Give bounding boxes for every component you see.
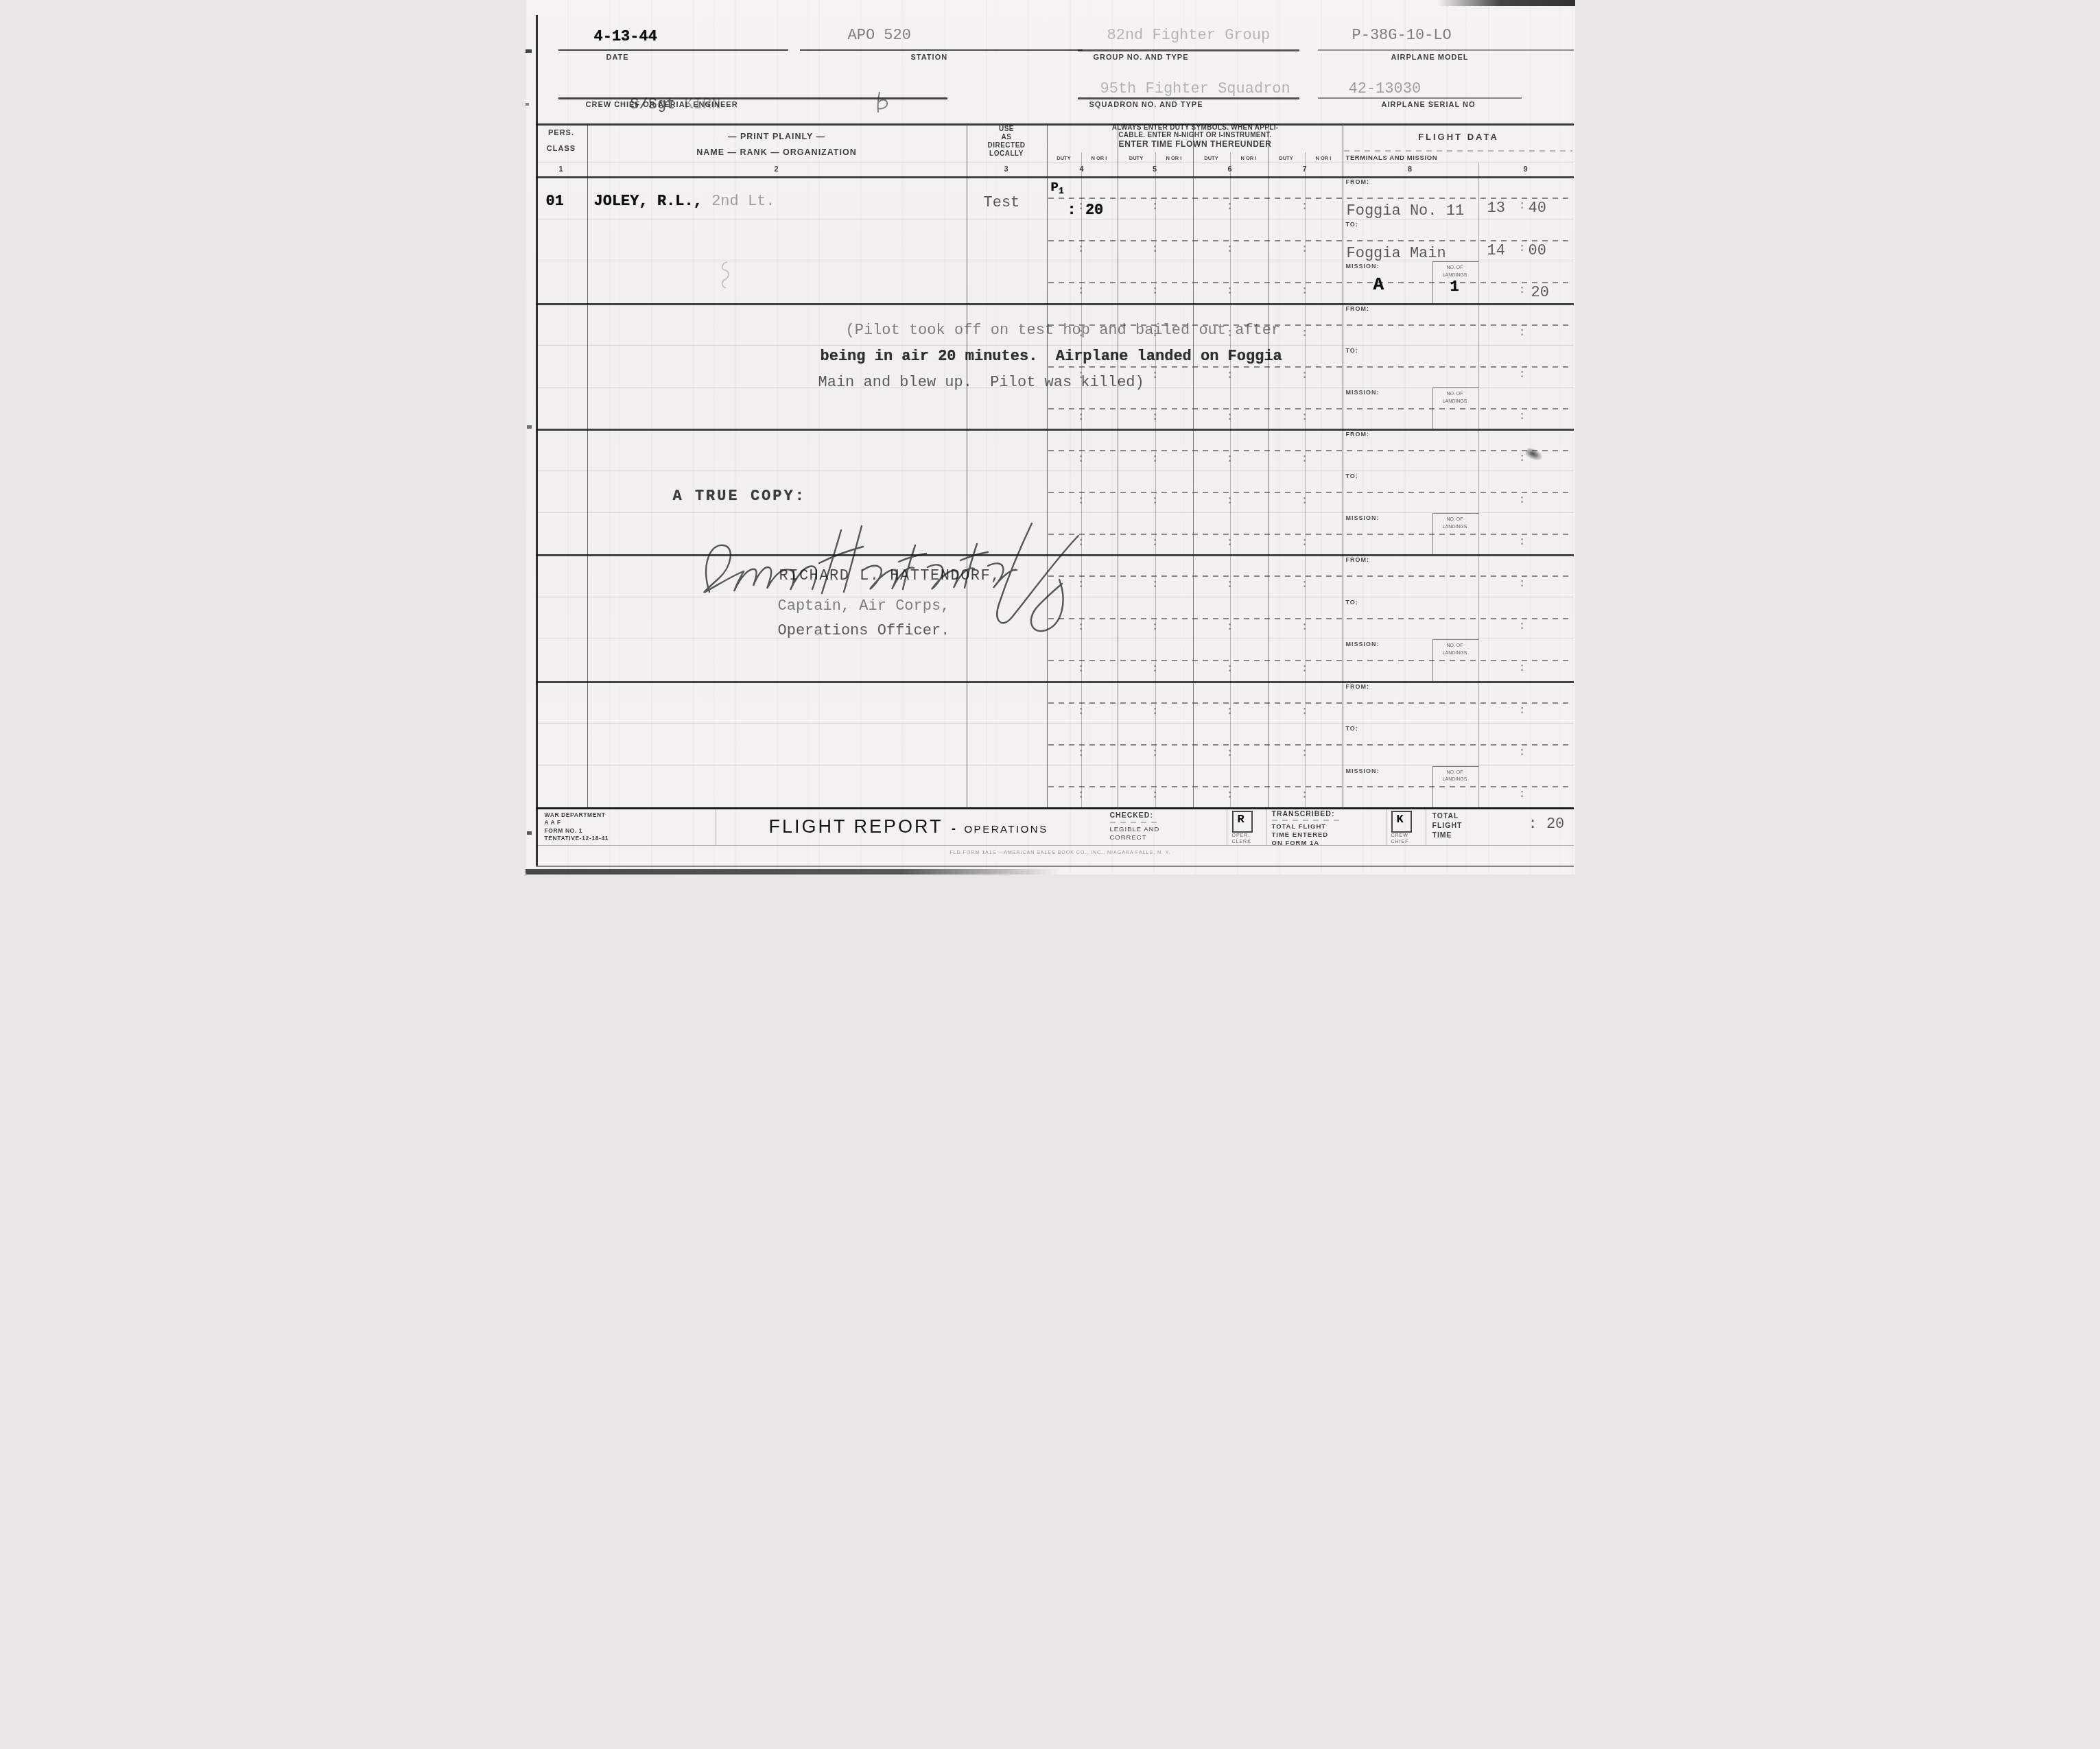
duty-colon-b1-s1-c2: : [1227, 369, 1234, 382]
duty-colon-b2-s1-c2: : [1227, 495, 1234, 508]
signer-name: RICHARD L. HATTENDORF, [779, 568, 1001, 584]
col-number-9: 9 [1478, 165, 1574, 174]
col-number-2: 2 [587, 165, 967, 174]
to-label-0: TO: [1346, 221, 1358, 228]
duty-colon-b4-s1-c2: : [1227, 747, 1234, 760]
scan-mark-left-2 [526, 103, 529, 106]
signer-rank: Captain, Air Corps, [778, 598, 950, 614]
duty-colon-b0-s1-c0: : [1078, 243, 1085, 256]
col-number-3: 3 [967, 165, 1047, 174]
block-0-dash-0 [1048, 198, 1572, 199]
col-rule-1 [967, 123, 968, 807]
block-3-subline-2 [536, 639, 1574, 639]
time-colon-b4-s1: : [1519, 746, 1526, 759]
station-label: STATION [911, 53, 948, 62]
duty-colon-b4-s0-c3: : [1301, 705, 1308, 718]
block-4-subline-2 [536, 765, 1574, 766]
block-4-subline-1 [536, 723, 1574, 724]
time-colon-b0-s1: : [1519, 242, 1526, 255]
station-value: APO 520 [848, 27, 911, 43]
form-id: WAR DEPARTMENT A A F FORM NO. 1 TENTATIV… [545, 811, 609, 843]
group-label: GROUP NO. AND TYPE [1094, 53, 1189, 62]
n-or-i-subheader-3: N OR I [1305, 155, 1343, 161]
block-0-dash-1 [1048, 240, 1572, 241]
duty-colon-b0-s2-c0: : [1078, 285, 1085, 298]
to-mm-0: 00 [1529, 242, 1546, 259]
duty-subheader-0: DUTY [1047, 155, 1081, 161]
col-rule-2 [1047, 123, 1048, 807]
to-label-4: TO: [1346, 725, 1358, 732]
time-colon-b1-s2: : [1519, 410, 1526, 423]
to-place-0: Foggia Main [1347, 245, 1446, 262]
duty-colon-b3-s2-c2: : [1227, 663, 1234, 676]
crew-chief-label: CREW CHIEF [1391, 833, 1409, 845]
checked-sub: LEGIBLE AND CORRECT [1110, 826, 1160, 843]
duty-colon-b0-s0-c2: : [1227, 200, 1234, 213]
duty-colon-b0-s2-c3: : [1301, 285, 1308, 298]
time-colon-b0-s0: : [1519, 200, 1526, 213]
duty-colon-b1-s2-c2: : [1227, 411, 1234, 424]
landings-label-3: NO. OF LANDINGS [1432, 643, 1478, 657]
block-3-dash-0 [1048, 575, 1572, 577]
from-label-4: FROM: [1346, 683, 1370, 690]
duty-colon-b4-s2-c0: : [1078, 789, 1085, 802]
note-line-3: Main and blew up. Pilot was killed) [818, 374, 1144, 390]
duty-subheader-3: DUTY [1268, 155, 1305, 161]
footer-title-sub: OPERATIONS [964, 824, 1048, 835]
duty-col-rule-1 [1193, 123, 1194, 807]
scan-mark-left-1 [526, 49, 532, 53]
scan-edge-top-right [1438, 0, 1575, 6]
block-4-bottom-rule [536, 807, 1574, 809]
scan-edge-bottom [526, 869, 1061, 874]
checked-underline [1110, 822, 1159, 823]
use-value-0: Test [984, 194, 1020, 211]
pencil-squiggle [716, 259, 734, 291]
landings-label-4: NO. OF LANDINGS [1432, 770, 1478, 784]
true-copy-label: A TRUE COPY: [673, 488, 806, 504]
transcribed-sub: TOTAL FLIGHT TIME ENTERED ON FORM 1A [1272, 823, 1329, 848]
duty-colon-b0-s2-c2: : [1227, 285, 1234, 298]
block-2-subline-1 [536, 471, 1574, 471]
duty-subheader-1: DUTY [1118, 155, 1155, 161]
n-or-i-subheader-2: N OR I [1230, 155, 1268, 161]
to-label-2: TO: [1346, 473, 1358, 479]
duty-colon-b4-s0-c1: : [1152, 705, 1159, 718]
duty-note-3: ENTER TIME FLOWN THEREUNDER [1048, 139, 1343, 149]
block-4-dash-2 [1048, 786, 1572, 787]
name-value-0: JOLEY, R.L., 2nd Lt. [594, 193, 775, 210]
airplane-model-label: AIRPLANE MODEL [1391, 53, 1469, 62]
duty-symbol-sub-0: 1 [1059, 186, 1064, 196]
duty-colon-b1-s2-c0: : [1078, 411, 1085, 424]
transcribed-underline [1272, 820, 1344, 821]
from-label-0: FROM: [1346, 178, 1370, 185]
duty-colon-b2-s0-c2: : [1227, 453, 1234, 466]
airplane-serial-label: AIRPLANE SERIAL NO [1382, 101, 1476, 109]
duty-colon-b3-s1-c2: : [1227, 621, 1234, 634]
flight-data-title: FLIGHT DATA [1343, 132, 1575, 142]
name-primary-0: JOLEY, R.L., [594, 193, 703, 210]
date-label: DATE [606, 53, 629, 62]
duty-colon-b0-s1-c3: : [1301, 243, 1308, 256]
from-hh-0: 13 [1487, 200, 1505, 217]
col9-rule [1478, 163, 1479, 807]
footer-title-main: FLIGHT REPORT [769, 816, 943, 837]
note-line-2: being in air 20 minutes. Airplane landed… [821, 348, 1282, 364]
duty-colon-b2-s2-c3: : [1301, 536, 1308, 549]
duty-colon-b3-s1-c3: : [1301, 621, 1308, 634]
printer-line: FLD FORM 1A1S —AMERICAN SALES BOOK CO., … [800, 850, 1321, 855]
checked-label: CHECKED: [1110, 811, 1153, 820]
block-3-dash-1 [1048, 618, 1572, 619]
block-2-dash-2 [1048, 534, 1572, 535]
duty-colon-b1-s1-c1: : [1152, 369, 1159, 382]
block-1-dash-1 [1048, 366, 1572, 368]
flight-report-scan: 4-13-44 DATE APO 520 STATION 82nd Fighte… [526, 0, 1575, 874]
squadron-value: 95th Fighter Squadron [1100, 81, 1290, 97]
crew-chief-initial: K [1391, 813, 1409, 826]
duty-colon-b4-s2-c3: : [1301, 789, 1308, 802]
duty-col-rule-0 [1118, 123, 1119, 807]
duty-colon-b1-s0-c3: : [1301, 327, 1308, 340]
pers-class-value-0: 01 [546, 193, 564, 210]
total-flight-time-label: TOTAL FLIGHT TIME [1432, 811, 1463, 841]
col-pers-label-1: PERS. [536, 129, 587, 137]
time-colon-b1-s0: : [1519, 326, 1526, 340]
footer-div-1 [1227, 807, 1227, 845]
col-rule-0 [587, 123, 589, 807]
col-rule-3 [1343, 123, 1344, 807]
col-pers-label-2: CLASS [536, 145, 587, 153]
block-0-bottom-rule [536, 303, 1574, 305]
crew-chief-label: CREW CHIEF OR AERIAL ENGINEER [586, 101, 738, 109]
col-use-label: USE AS DIRECTED LOCALLY [967, 126, 1047, 158]
duty-colon-b3-s2-c0: : [1078, 663, 1085, 676]
time-colon-b2-s1: : [1519, 494, 1526, 507]
time-colon-b4-s2: : [1519, 788, 1526, 801]
handwritten-mark [874, 91, 892, 115]
mission-symbol-0: A [1373, 274, 1384, 295]
block-4-dash-0 [1048, 702, 1572, 704]
landings-label-2: NO. OF LANDINGS [1432, 516, 1478, 531]
block-2-dash-1 [1048, 492, 1572, 493]
duty-colon-b1-s1-c3: : [1301, 369, 1308, 382]
airplane-model-underline [1318, 49, 1574, 51]
from-place-0: Foggia No. 11 [1347, 202, 1465, 219]
mission-label-4: MISSION: [1346, 768, 1380, 774]
duty-colon-b2-s1-c3: : [1301, 495, 1308, 508]
duty-colon-b4-s1-c3: : [1301, 747, 1308, 760]
duty-colon-b2-s0-c1: : [1152, 453, 1159, 466]
footer-title-dash: - [952, 822, 956, 835]
duty-colon-b0-s0-c3: : [1301, 200, 1308, 213]
to-label-3: TO: [1346, 599, 1358, 606]
time-colon-b3-s2: : [1519, 662, 1526, 675]
duty-colon-b3-s0-c2: : [1227, 578, 1234, 591]
duty-subheader-2: DUTY [1193, 155, 1230, 161]
from-label-3: FROM: [1346, 556, 1370, 563]
duty-colon-b2-s2-c1: : [1152, 536, 1159, 549]
to-hh-0: 14 [1487, 242, 1505, 259]
terminals-label: TERMINALS AND MISSION [1346, 154, 1438, 162]
duty-colon-b4-s2-c2: : [1227, 789, 1234, 802]
airplane-serial-value: 42-13030 [1349, 81, 1421, 97]
footer-title: FLIGHT REPORT - OPERATIONS [769, 816, 1048, 837]
duty-symbol-main-0: P [1051, 180, 1059, 195]
squadron-underline [1078, 97, 1299, 99]
duty-colon-b4-s0-c0: : [1078, 705, 1085, 718]
col-number-1: 1 [536, 165, 587, 174]
col-name-label-1: — PRINT PLAINLY — [587, 132, 967, 141]
duty-colon-b0-s0-c1: : [1152, 200, 1159, 213]
block-0-dash-2 [1048, 282, 1572, 283]
note-line-1: (Pilot took off on test hop and bailed o… [846, 322, 1281, 338]
footer-bar-bottom-rule [536, 866, 1574, 867]
table-header-rule [536, 176, 1574, 178]
duty-colon-b4-s1-c1: : [1152, 747, 1159, 760]
mission-mm-0: 20 [1531, 284, 1549, 301]
time-colon-b0-s2: : [1519, 284, 1526, 297]
block-4-dash-1 [1048, 744, 1572, 746]
duty-colon-b2-s2-c2: : [1227, 536, 1234, 549]
mission-label-3: MISSION: [1346, 641, 1380, 647]
group-value: 82nd Fighter Group [1107, 27, 1271, 43]
col-name-label-2: NAME — RANK — ORGANIZATION [587, 147, 967, 157]
duty-colon-b1-s2-c1: : [1152, 411, 1159, 424]
airplane-model-value: P-38G-10-LO [1352, 27, 1452, 43]
scan-mark-left-3 [527, 425, 532, 429]
duty-colon-b3-s2-c3: : [1301, 663, 1308, 676]
duty-colon-b2-s0-c0: : [1078, 453, 1085, 466]
duty-colon-b2-s0-c3: : [1301, 453, 1308, 466]
squadron-label: SQUADRON NO. AND TYPE [1089, 101, 1203, 109]
scan-mark-left-4 [527, 831, 532, 835]
footer-div-2 [1266, 807, 1267, 845]
duty-colon-b3-s0-c1: : [1152, 578, 1159, 591]
crew-chief-underline [558, 97, 947, 99]
n-or-i-subheader-0: N OR I [1081, 155, 1118, 161]
block-3-dash-2 [1048, 660, 1572, 661]
time-colon-b4-s0: : [1519, 704, 1526, 717]
flight-data-divider [1344, 150, 1572, 152]
block-1-bottom-rule [536, 429, 1574, 431]
duty-colon-b4-s1-c0: : [1078, 747, 1085, 760]
duty-colon-b0-s1-c2: : [1227, 243, 1234, 256]
transcribed-label: TRANSCRIBED: [1272, 810, 1335, 818]
table-top-rule [536, 123, 1574, 126]
time-colon-b2-s2: : [1519, 536, 1526, 549]
from-label-1: FROM: [1346, 305, 1370, 312]
mission-label-0: MISSION: [1346, 263, 1380, 270]
block-3-bottom-rule [536, 681, 1574, 683]
duty-colon-b2-s1-c1: : [1152, 495, 1159, 508]
name-secondary-0: 2nd Lt. [703, 193, 775, 210]
duty-symbol-0: P1 [1051, 180, 1064, 196]
from-label-2: FROM: [1346, 431, 1370, 438]
oper-clerk-initial: R [1232, 813, 1250, 826]
block-1-subline-1 [536, 345, 1574, 346]
footer-div-4 [1426, 807, 1426, 845]
to-label-1: TO: [1346, 347, 1358, 354]
mission-label-2: MISSION: [1346, 514, 1380, 521]
landings-value-0: 1 [1450, 278, 1459, 296]
ink-smudge [1524, 446, 1544, 463]
duty-colon-b3-s0-c3: : [1301, 578, 1308, 591]
header-number-divider [536, 163, 1574, 163]
block-1-dash-2 [1048, 408, 1572, 409]
landings-label-0: NO. OF LANDINGS [1432, 265, 1478, 279]
date-value: 4-13-44 [594, 29, 657, 45]
duty-colon-b0-s1-c1: : [1152, 243, 1159, 256]
group-underline [1078, 49, 1299, 51]
footer-div-3 [1386, 807, 1387, 845]
from-mm-0: 40 [1529, 200, 1546, 217]
station-underline [800, 49, 1083, 51]
signer-title: Operations Officer. [778, 623, 950, 639]
duty-colon-b0-s2-c1: : [1152, 285, 1159, 298]
landings-label-1: NO. OF LANDINGS [1432, 391, 1478, 405]
duty-time-0: : 20 [1067, 202, 1104, 219]
col-number-4: 4 [1047, 165, 1118, 174]
duty-colon-b4-s0-c2: : [1227, 705, 1234, 718]
duty-colon-b1-s2-c3: : [1301, 411, 1308, 424]
duty-colon-b3-s2-c1: : [1152, 663, 1159, 676]
footer-bar-inner-rule [536, 845, 1574, 846]
time-colon-b2-s0: : [1519, 452, 1526, 465]
n-or-i-subheader-1: N OR I [1155, 155, 1193, 161]
duty-colon-b4-s2-c1: : [1152, 789, 1159, 802]
duty-colon-b3-s1-c1: : [1152, 621, 1159, 634]
col-number-8: 8 [1343, 165, 1478, 174]
mission-label-1: MISSION: [1346, 389, 1380, 396]
airplane-serial-underline [1318, 97, 1522, 99]
total-flight-time-value: : 20 [1529, 816, 1565, 832]
date-underline [558, 49, 788, 51]
oper-clerk-label: OPER. CLERK [1232, 833, 1251, 845]
left-margin-rule [536, 15, 538, 866]
footer-div-0 [716, 807, 716, 845]
time-colon-b3-s0: : [1519, 578, 1526, 591]
duty-note-2: CABLE. ENTER N-NIGHT OR I-INSTRUMENT. [1048, 132, 1343, 139]
time-colon-b1-s1: : [1519, 368, 1526, 381]
duty-col-rule-2 [1268, 123, 1269, 807]
time-colon-b3-s1: : [1519, 620, 1526, 633]
block-2-dash-0 [1048, 450, 1572, 451]
